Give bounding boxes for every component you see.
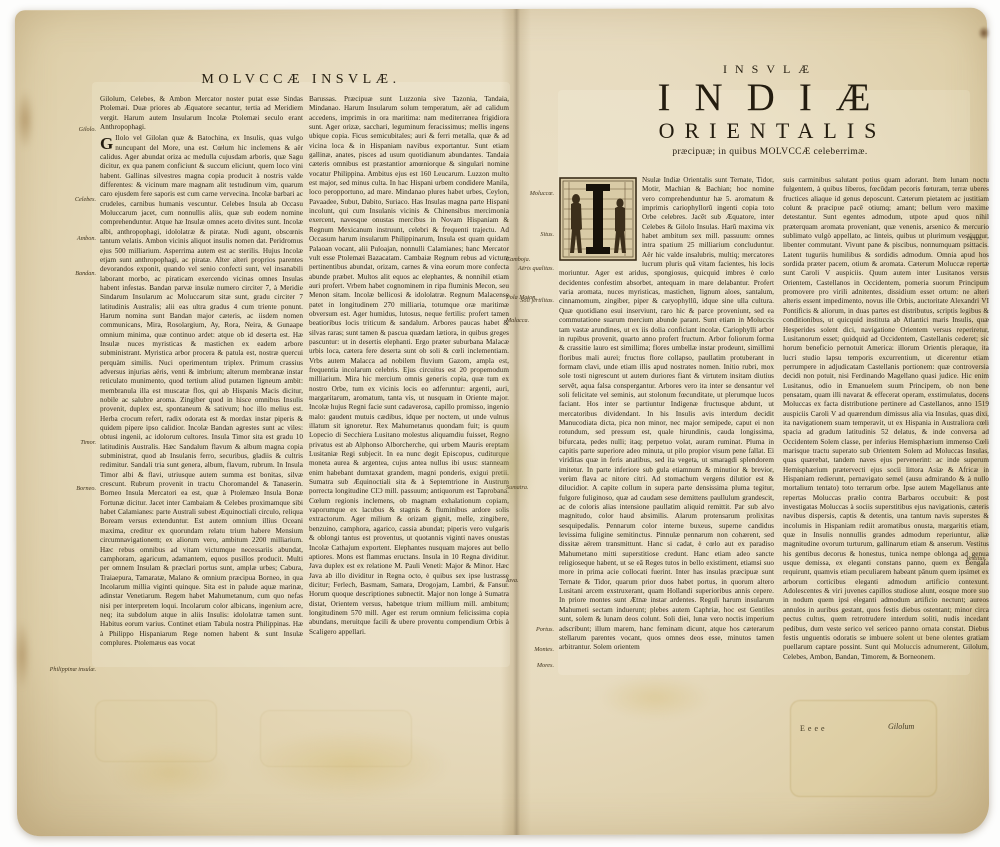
- right-page-title: INDIÆ: [567, 78, 985, 118]
- left-page-title: MOLVCCÆ INSVLÆ.: [95, 72, 507, 88]
- margin-note: Portus.: [514, 626, 554, 633]
- margin-note: Moluccæ.: [514, 190, 554, 197]
- margin-note: Timor.: [50, 439, 96, 446]
- margin-note: Ambon.: [50, 235, 96, 242]
- impressed-plate-mark: [790, 700, 937, 797]
- book-scan: MOLVCCÆ INSVLÆ. Gilolo. Celebes. Ambon. …: [0, 0, 1000, 847]
- right-page-subtitle: ORIENTALIS: [560, 118, 985, 144]
- margin-note: Aëris qualitas.: [512, 265, 554, 272]
- left-page-column-1: Gilolum, Celebes, & Ambon Mercator noste…: [100, 95, 303, 655]
- margin-note: Camboja.: [506, 256, 546, 263]
- paragraph: Gilolum, Celebes, & Ambon Mercator noste…: [100, 95, 303, 132]
- stain: [14, 620, 30, 690]
- stain: [600, 675, 710, 720]
- margin-note: Situs.: [514, 231, 554, 238]
- margin-note: Malacca.: [506, 317, 546, 324]
- right-page-tagline: præcipuæ; in quibus MOLVCCÆ celeberrimæ.: [555, 147, 985, 157]
- initial-letter-G: G: [100, 134, 115, 152]
- stain: [16, 90, 34, 150]
- margin-note: Borneo.: [50, 485, 96, 492]
- margin-note: Bandan.: [50, 270, 96, 277]
- paragraph: Ilolo vel Gilolan quæ & Batochina, ex In…: [100, 134, 303, 648]
- right-page-column-1: Nsulæ Indiæ Orientalis sunt Ternate, Tid…: [559, 176, 774, 736]
- paragraph: suis carminibus salutant potius quam ado…: [783, 176, 989, 662]
- map-show-through: [260, 710, 412, 767]
- margin-note: Celebes.: [50, 196, 96, 203]
- margin-note: Mores.: [514, 662, 554, 669]
- map-show-through: [95, 700, 217, 762]
- margin-note: Iava.: [506, 577, 546, 584]
- margin-note: Gilolo.: [50, 126, 96, 133]
- woodcut-initial-I: [559, 177, 637, 261]
- right-page-heading: INSVLÆ INDIÆ ORIENTALIS præcipuæ; in qui…: [555, 62, 985, 157]
- margin-note: Montes.: [514, 646, 554, 653]
- paragraph: Barussas. Præcipuæ sunt Luzzonia sive Ta…: [309, 95, 509, 637]
- margin-note: Soli fertilitas.: [512, 297, 554, 304]
- stain: [480, 410, 535, 520]
- stain: [880, 620, 960, 660]
- stain: [978, 26, 990, 40]
- margin-note: Philippinæ insulæ.: [46, 666, 96, 673]
- left-page-column-2: Barussas. Præcipuæ sunt Luzzonia sive Ta…: [309, 95, 509, 655]
- right-page-kicker: INSVLÆ: [555, 62, 985, 77]
